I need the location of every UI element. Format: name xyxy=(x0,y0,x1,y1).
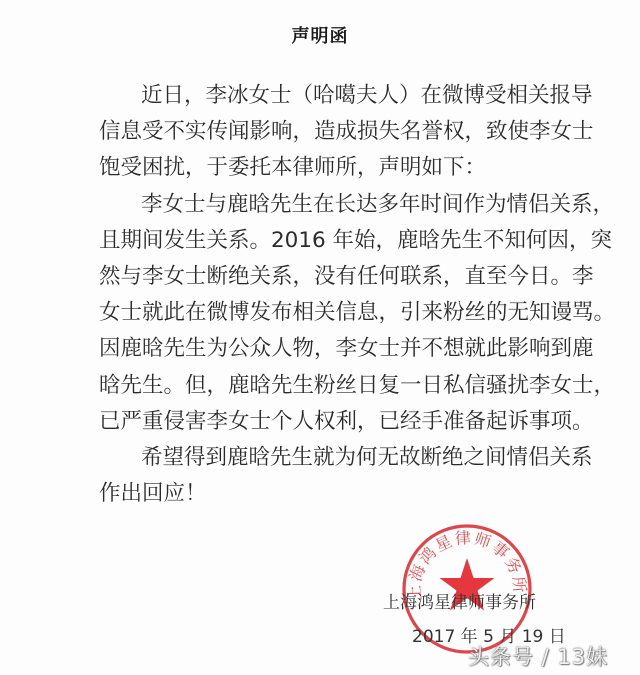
paragraph-2-line-6: 晗先生。但，鹿晗先生粉丝日复一日私信骚扰李女士， xyxy=(99,368,559,404)
paragraph-2-line-7: 已严重侵害李女士个人权利，已经手准备起诉事项。 xyxy=(99,404,559,440)
paragraph-3-line-1: 希望得到鹿晗先生就为何无故断绝之间情侣关系 xyxy=(99,440,559,476)
paragraph-1-line-3: 饱受困扰，于委托本律师所，声明如下： xyxy=(99,150,559,186)
paragraph-1-line-1: 近日，李冰女士（哈噶夫人）在微博受相关报导 xyxy=(99,78,559,114)
document-page: 声明函 近日，李冰女士（哈噶夫人）在微博受相关报导 信息受不实传闻影响，造成损失… xyxy=(0,0,640,675)
document-body: 近日，李冰女士（哈噶夫人）在微博受相关报导 信息受不实传闻影响，造成损失名誉权，… xyxy=(99,78,559,512)
watermark: 头条号 / 13妹 xyxy=(468,641,608,671)
signature-firm-name: 上海鸿星律师事务所 xyxy=(383,588,536,613)
paragraph-2-line-4: 女士就此在微博发布相关信息，引来粉丝的无知谩骂。 xyxy=(99,295,559,331)
paragraph-2-line-2: 且期间发生关系。2016 年始，鹿晗先生不知何因，突 xyxy=(99,223,559,259)
paragraph-2-line-3: 然与李女士断绝关系，没有任何联系，直至今日。李 xyxy=(99,259,559,295)
paragraph-2-line-1: 李女士与鹿晗先生在长达多年时间作为情侣关系， xyxy=(99,187,559,223)
paragraph-3-line-2: 作出回应！ xyxy=(99,476,559,512)
paragraph-1-line-2: 信息受不实传闻影响，造成损失名誉权，致使李女士 xyxy=(99,114,559,150)
paragraph-2-line-5: 因鹿晗先生为公众人物，李女士并不想就此影响到鹿 xyxy=(99,331,559,367)
document-title: 声明函 xyxy=(0,22,640,48)
